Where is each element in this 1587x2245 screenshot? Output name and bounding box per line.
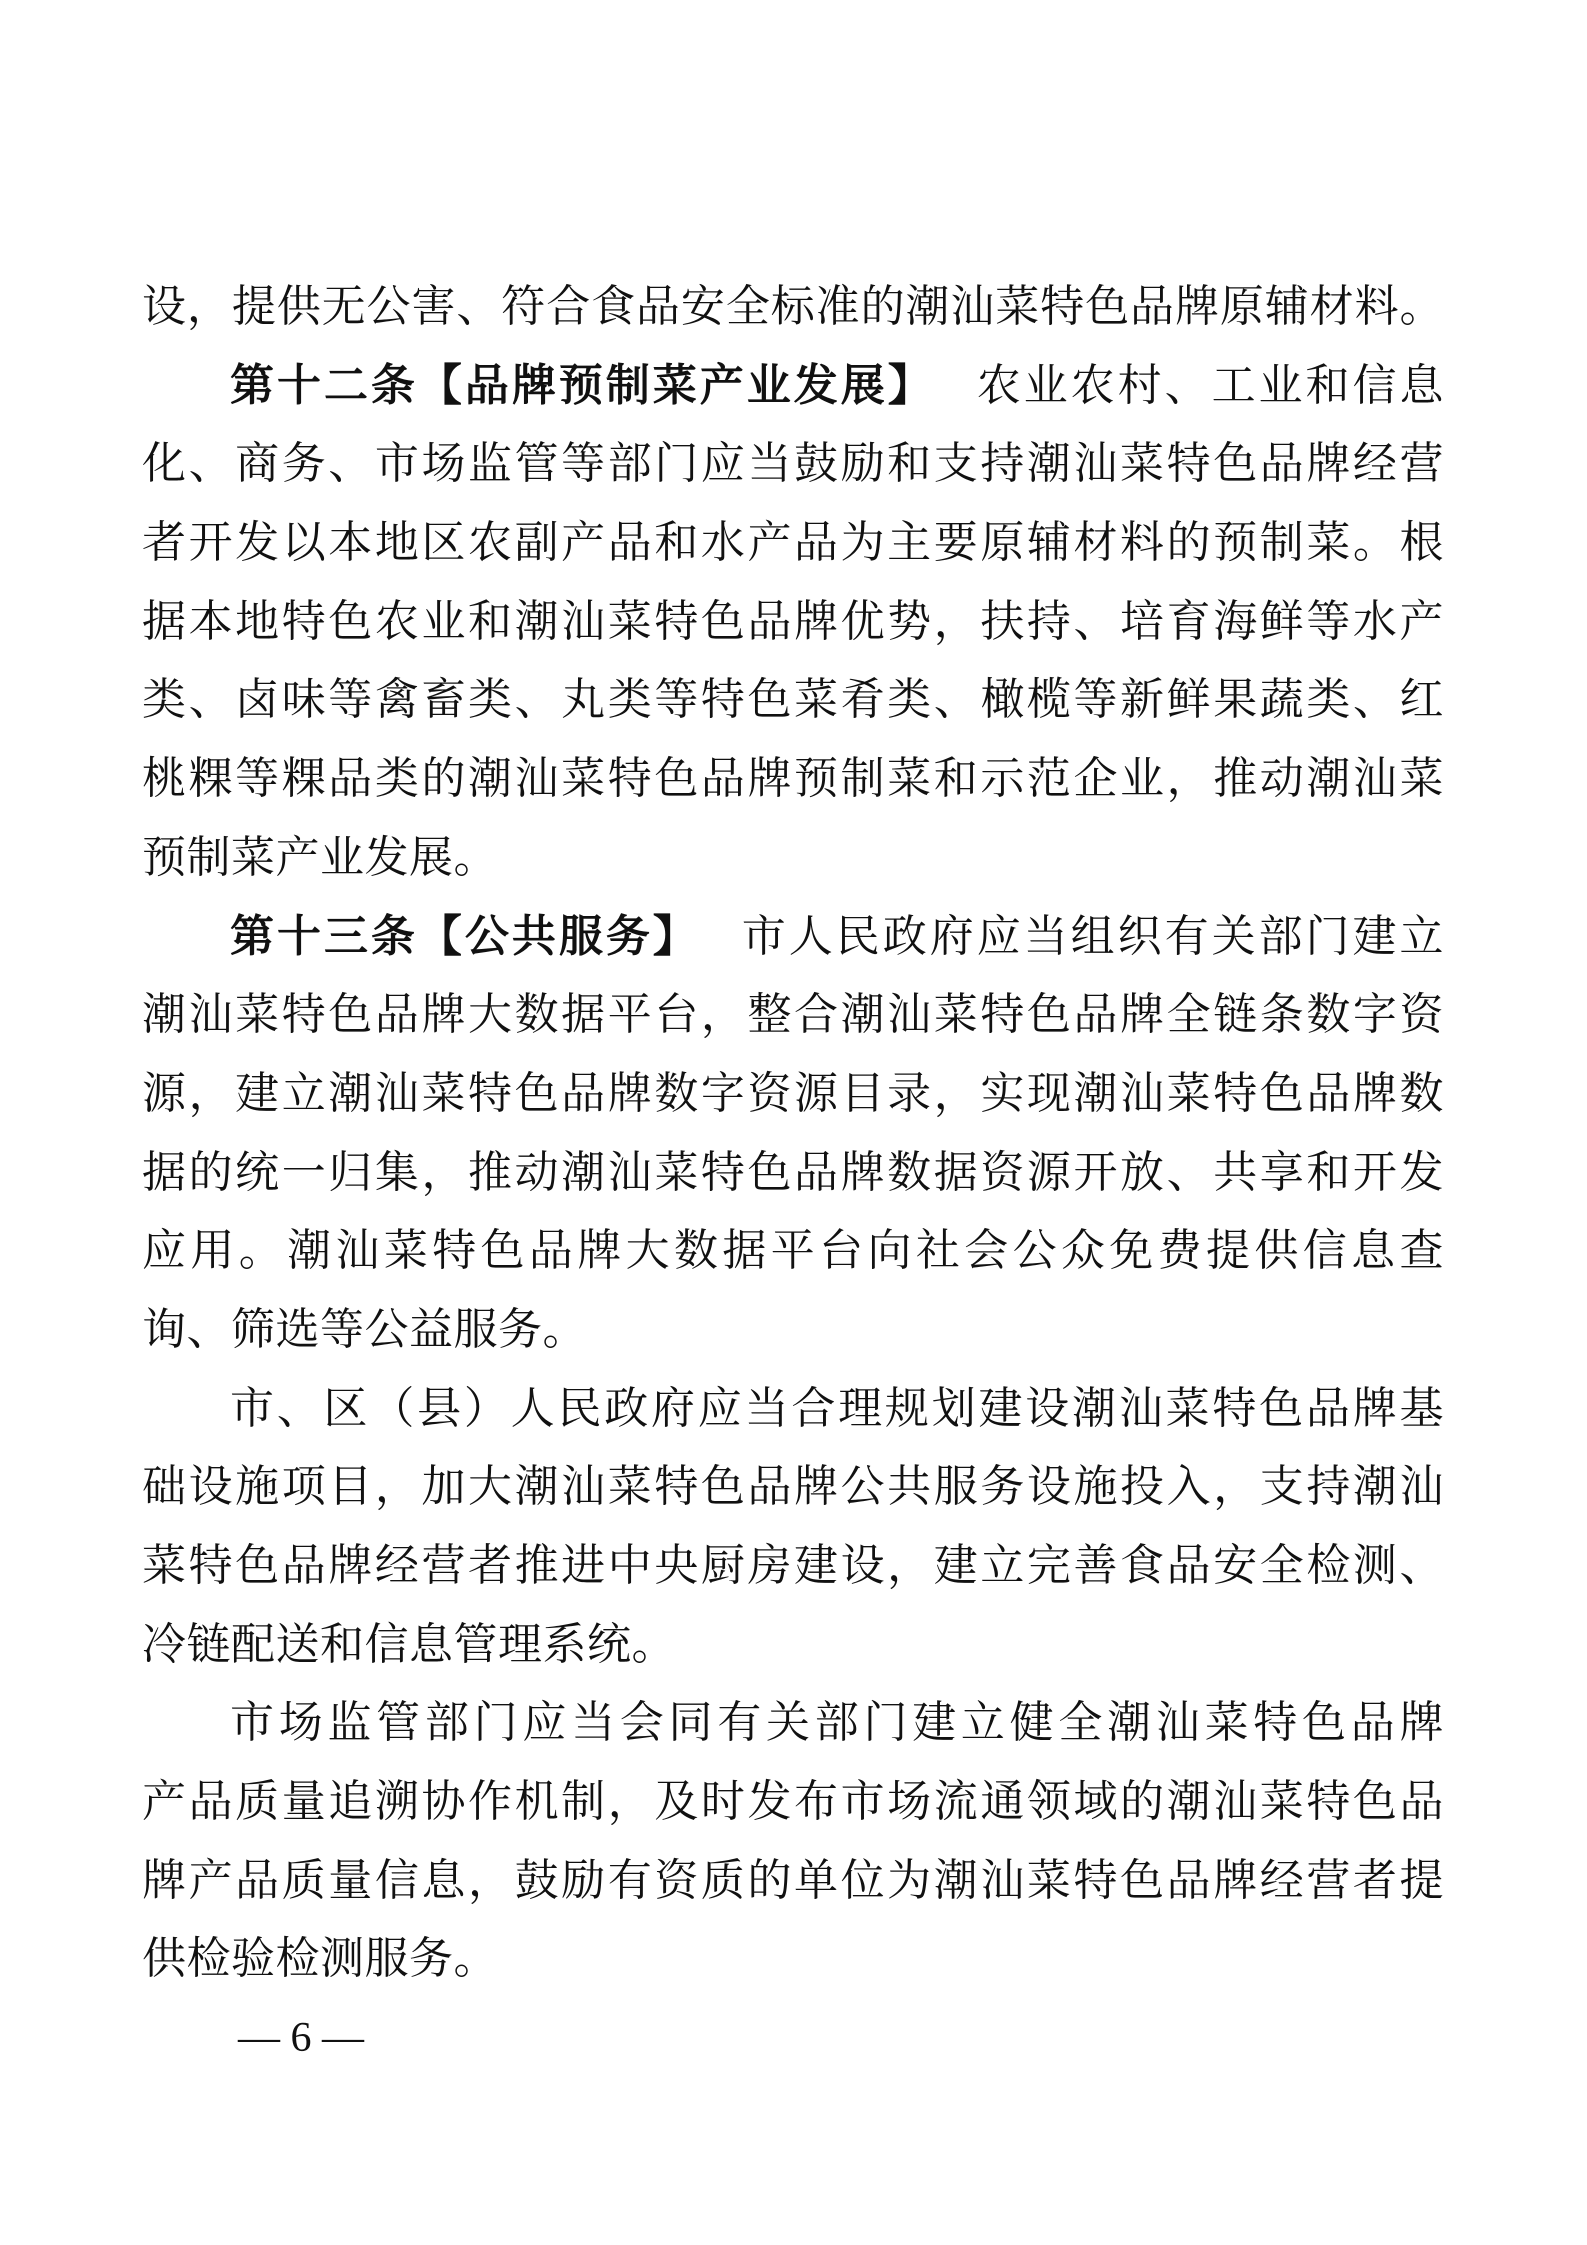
paragraph-line: 菜特色品牌经营者推进中央厨房建设，建立完善食品安全检测、 [142, 1527, 1444, 1606]
article-13-body-start: 市人民政府应当组织有关部门建立 [742, 912, 1444, 961]
paragraph-line: 据本地特色农业和潮汕菜特色品牌优势，扶持、培育海鲜等水产 [142, 583, 1444, 662]
article-12-title: 第十二条【品牌预制菜产业发展】 [230, 361, 935, 410]
page-number: — 6 — [142, 1999, 1444, 2077]
paragraph-last-line: 询、筛选等公益服务。 [142, 1291, 1444, 1370]
paragraph-line: 类、卤味等禽畜类、丸类等特色菜肴类、橄榄等新鲜果蔬类、红 [142, 661, 1444, 740]
paragraph-line: 据的统一归集，推动潮汕菜特色品牌数据资源开放、共享和开发 [142, 1134, 1444, 1213]
article-12-heading-line: 第十二条【品牌预制菜产业发展】农业农村、工业和信息 [142, 347, 1444, 426]
paragraph-line: 应用。潮汕菜特色品牌大数据平台向社会公众免费提供信息查 [142, 1212, 1444, 1291]
paragraph-line: 潮汕菜特色品牌大数据平台，整合潮汕菜特色品牌全链条数字资 [142, 976, 1444, 1055]
paragraph-last-line: 供检验检测服务。 [142, 1920, 1444, 1999]
paragraph-line: 产品质量追溯协作机制，及时发布市场流通领域的潮汕菜特色品 [142, 1763, 1444, 1842]
article-13-title: 第十三条【公共服务】 [230, 912, 700, 961]
paragraph-line: 设，提供无公害、符合食品安全标准的潮汕菜特色品牌原辅材料。 [142, 268, 1444, 347]
paragraph-first-line: 市场监管部门应当会同有关部门建立健全潮汕菜特色品牌 [142, 1684, 1444, 1763]
paragraph-line: 桃粿等粿品类的潮汕菜特色品牌预制菜和示范企业，推动潮汕菜 [142, 740, 1444, 819]
paragraph-line: 牌产品质量信息，鼓励有资质的单位为潮汕菜特色品牌经营者提 [142, 1842, 1444, 1921]
paragraph-line: 础设施项目，加大潮汕菜特色品牌公共服务设施投入，支持潮汕 [142, 1448, 1444, 1527]
text-column: 设，提供无公害、符合食品安全标准的潮汕菜特色品牌原辅材料。 第十二条【品牌预制菜… [142, 268, 1444, 2077]
paragraph-first-line: 市、区（县）人民政府应当合理规划建设潮汕菜特色品牌基 [142, 1370, 1444, 1449]
paragraph-line: 者开发以本地区农副产品和水产品为主要原辅材料的预制菜。根 [142, 504, 1444, 583]
document-page: 设，提供无公害、符合食品安全标准的潮汕菜特色品牌原辅材料。 第十二条【品牌预制菜… [0, 0, 1587, 2245]
paragraph-line: 化、商务、市场监管等部门应当鼓励和支持潮汕菜特色品牌经营 [142, 425, 1444, 504]
paragraph-line: 源，建立潮汕菜特色品牌数字资源目录，实现潮汕菜特色品牌数 [142, 1055, 1444, 1134]
article-13-heading-line: 第十三条【公共服务】市人民政府应当组织有关部门建立 [142, 898, 1444, 977]
paragraph-last-line: 预制菜产业发展。 [142, 819, 1444, 898]
article-12-body-start: 农业农村、工业和信息 [977, 361, 1444, 410]
paragraph-last-line: 冷链配送和信息管理系统。 [142, 1606, 1444, 1685]
